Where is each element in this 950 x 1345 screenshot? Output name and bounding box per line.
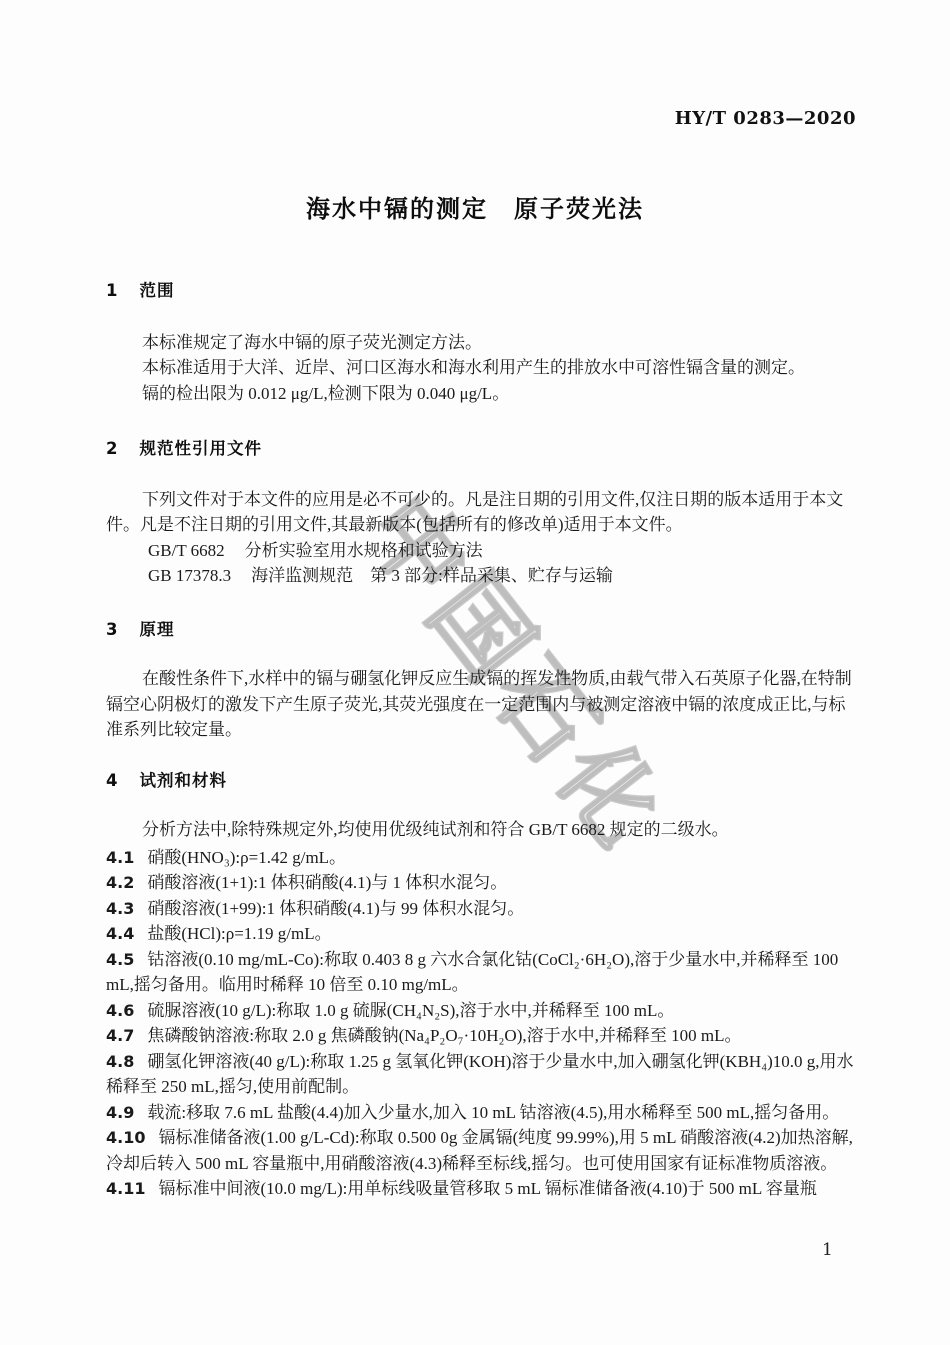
principle-paragraph: 在酸性条件下,水样中的镉与硼氢化钾反应生成镉的挥发性物质,由载气带入石英原子化器… [106, 666, 860, 743]
clause-number: 4.5 [106, 950, 147, 969]
section-heading-principle: 3原理 [106, 617, 860, 643]
clause-4-7: 4.7焦磷酸钠溶液:称取 2.0 g 焦磷酸钠(Na₄P₂O₇·10H₂O),溶… [106, 1023, 860, 1049]
clause-4-9: 4.9载流:移取 7.6 mL 盐酸(4.4)加入少量水,加入 10 mL 钴溶… [106, 1100, 860, 1126]
clause-4-1: 4.1硝酸(HNO₃):ρ=1.42 g/mL。 [106, 845, 860, 871]
section-number: 4 [106, 771, 139, 790]
clause-text: 硝酸(HNO₃):ρ=1.42 g/mL。 [147, 848, 346, 867]
reagents-intro: 分析方法中,除特殊规定外,均使用优级纯试剂和符合 GB/T 6682 规定的二级… [106, 817, 860, 843]
section-number: 2 [106, 439, 139, 458]
section-number: 1 [106, 281, 139, 300]
clause-number: 4.7 [106, 1026, 147, 1045]
section-label: 规范性引用文件 [139, 439, 262, 458]
clause-number: 4.9 [106, 1103, 147, 1122]
reference-code: GB 17378.3 [148, 566, 251, 585]
reference-item: GB 17378.3海洋监测规范 第 3 部分:样品采集、贮存与运输 [106, 563, 860, 589]
clause-text: 硝酸溶液(1+1):1 体积硝酸(4.1)与 1 体积水混匀。 [147, 873, 507, 892]
reference-title: 海洋监测规范 第 3 部分:样品采集、贮存与运输 [251, 566, 613, 585]
clause-number: 4.6 [106, 1001, 147, 1020]
page-number: 1 [822, 1240, 833, 1260]
clause-4-3: 4.3硝酸溶液(1+99):1 体积硝酸(4.1)与 99 体积水混匀。 [106, 896, 860, 922]
clause-4-10: 4.10镉标准储备液(1.00 g/L-Cd):称取 0.500 0g 金属镉(… [106, 1125, 860, 1176]
references-intro: 下列文件对于本文件的应用是必不可少的。凡是注日期的引用文件,仅注日期的版本适用于… [106, 487, 860, 538]
section-heading-scope: 1范围 [106, 278, 860, 304]
clause-number: 4.1 [106, 848, 147, 867]
clause-text: 硫脲溶液(10 g/L):称取 1.0 g 硫脲(CH₄N₂S),溶于水中,并稀… [147, 1001, 674, 1020]
section-label: 原理 [139, 620, 174, 639]
clause-number: 4.10 [106, 1128, 158, 1147]
clause-number: 4.4 [106, 924, 147, 943]
clause-4-8: 4.8硼氢化钾溶液(40 g/L):称取 1.25 g 氢氧化钾(KOH)溶于少… [106, 1049, 860, 1100]
clause-text: 硝酸溶液(1+99):1 体积硝酸(4.1)与 99 体积水混匀。 [147, 899, 524, 918]
clause-text: 盐酸(HCl):ρ=1.19 g/mL。 [147, 924, 331, 943]
clause-text: 硼氢化钾溶液(40 g/L):称取 1.25 g 氢氧化钾(KOH)溶于少量水中… [106, 1052, 854, 1097]
clause-number: 4.8 [106, 1052, 147, 1071]
clause-number: 4.3 [106, 899, 147, 918]
section-label: 范围 [139, 281, 174, 300]
clause-text: 载流:移取 7.6 mL 盐酸(4.4)加入少量水,加入 10 mL 钴溶液(4… [147, 1103, 839, 1122]
clause-4-5: 4.5钴溶液(0.10 mg/mL-Co):称取 0.403 8 g 六水合氯化… [106, 947, 860, 998]
scope-paragraph-1: 本标准规定了海水中镉的原子荧光测定方法。 [106, 330, 860, 356]
clause-text: 镉标准中间液(10.0 mg/L):用单标线吸量管移取 5 mL 镉标准储备液(… [158, 1179, 816, 1198]
document-body: 1范围 本标准规定了海水中镉的原子荧光测定方法。 本标准适用于大洋、近岸、河口区… [106, 0, 860, 1202]
clause-4-2: 4.2硝酸溶液(1+1):1 体积硝酸(4.1)与 1 体积水混匀。 [106, 870, 860, 896]
scope-paragraph-2: 本标准适用于大洋、近岸、河口区海水和海水利用产生的排放水中可溶性镉含量的测定。 [106, 355, 860, 381]
clause-text: 焦磷酸钠溶液:称取 2.0 g 焦磷酸钠(Na₄P₂O₇·10H₂O),溶于水中… [147, 1026, 741, 1045]
section-label: 试剂和材料 [139, 771, 227, 790]
reference-code: GB/T 6682 [148, 541, 245, 560]
clause-text: 钴溶液(0.10 mg/mL-Co):称取 0.403 8 g 六水合氯化钴(C… [106, 950, 838, 995]
document-page: 中国石化 HY/T 0283—2020 海水中镉的测定 原子荧光法 1范围 本标… [0, 0, 950, 1345]
reference-item: GB/T 6682分析实验室用水规格和试验方法 [106, 538, 860, 564]
clause-number: 4.11 [106, 1179, 158, 1198]
clause-number: 4.2 [106, 873, 147, 892]
clause-4-11: 4.11镉标准中间液(10.0 mg/L):用单标线吸量管移取 5 mL 镉标准… [106, 1176, 860, 1202]
reference-title: 分析实验室用水规格和试验方法 [245, 541, 483, 560]
clause-4-4: 4.4盐酸(HCl):ρ=1.19 g/mL。 [106, 921, 860, 947]
section-heading-reagents: 4试剂和材料 [106, 768, 860, 794]
clause-4-6: 4.6硫脲溶液(10 g/L):称取 1.0 g 硫脲(CH₄N₂S),溶于水中… [106, 998, 860, 1024]
section-heading-normative-references: 2规范性引用文件 [106, 436, 860, 462]
section-number: 3 [106, 620, 139, 639]
clause-text: 镉标准储备液(1.00 g/L-Cd):称取 0.500 0g 金属镉(纯度 9… [106, 1128, 853, 1173]
scope-paragraph-3: 镉的检出限为 0.012 μg/L,检测下限为 0.040 μg/L。 [106, 381, 860, 407]
